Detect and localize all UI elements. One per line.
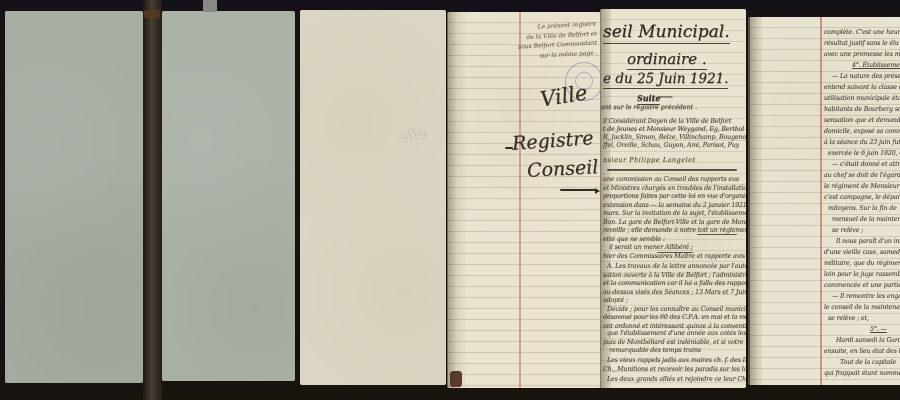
handwriting-line: — Il remontre les engagements [832, 291, 900, 302]
handwriting-line: commencée et une partie [824, 280, 900, 291]
handwriting-line: habitants de Bourberg soit des [824, 104, 900, 115]
handwriting-line: c'est campagne, le départ des c [824, 192, 900, 203]
handwriting-line: d'une vieille case, samedi des [824, 247, 900, 258]
handwriting-line: Ch., Munitions et recevoir les paradis s… [603, 366, 746, 375]
president-line: nsieur Philippe Langelot [603, 157, 696, 165]
handwriting-line: 4°. Établissement des [852, 60, 900, 71]
handwriting-line: que l'établissement d'une année aux coté… [607, 330, 746, 339]
handwriting-line: proportions faites par cette loi en vue … [603, 193, 746, 202]
handwriting-line: extension dans — la semaine du 2 janvier… [603, 202, 746, 211]
margin-word-conseil: Conseil [526, 156, 598, 182]
handwriting-line: Tout de la capitale [840, 357, 900, 368]
right-page-text-column: complète. C'est une heure et demierésult… [824, 27, 900, 379]
handwriting-line: 5°. — [870, 324, 900, 335]
blank-page [300, 10, 446, 385]
register-scan: elle Le présent registrede la Ville de B… [0, 0, 900, 400]
gray-tab [203, 0, 217, 12]
handwriting-line: résultat justif sans le élu que le [824, 38, 900, 49]
handwriting-line: exercée le 6 juin 1920, comm [828, 148, 900, 159]
handwriting-line: le conseil de la maintenance [824, 302, 900, 313]
paragraph: Les deux grands alliés et rejoindre ce l… [603, 376, 746, 385]
handwriting-line: qui frappait étant nommé son [824, 368, 900, 379]
handwriting-line: utilisation municipale était régl [824, 93, 900, 104]
handwriting-line: sensation que et demande par le [824, 115, 900, 126]
handwriting-line: le régiment de Monsieur le ma [824, 181, 900, 192]
handwriting-line: puis de Montbéliard est indéniable, et s… [603, 339, 746, 348]
handwriting-line: Bon. La gare de Belfort-Ville et la gare… [603, 219, 746, 228]
handwriting-line: Les vieux rappels jadis aux maires ch. f… [607, 357, 746, 366]
paragraph: une commission au Conseil des rapports e… [603, 176, 746, 261]
handwriting-line: entend suivant la classe de l'aut [824, 82, 900, 93]
paragraph: A. Les travaux de la lettre annoncée par… [603, 263, 746, 331]
red-margin-line [820, 17, 822, 385]
subheading-registre-precedent: ant sur le registre précédent . [601, 104, 697, 111]
paragraph: que l'établissement d'une année aux coté… [603, 330, 746, 356]
handwriting-line: militaire, que du régiment qui [824, 258, 900, 269]
red-margin-line [519, 12, 521, 388]
handwriting-line: nsieur Philippe Langelot [603, 157, 696, 165]
handwriting-line: — La nature des présents familles [832, 71, 900, 82]
handwriting-line: A. Les travaux de la lettre annoncée par… [607, 263, 746, 272]
handwriting-line: au-dessus visés des Séances ; 13 Mars et… [603, 289, 746, 298]
heading-ordinaire: ordinaire . [627, 50, 707, 70]
handwriting-line: se relève ; et, [828, 313, 900, 324]
handwriting-line: — c'était donné et attribué [832, 159, 900, 170]
word-underline [657, 252, 693, 253]
handwriting-line: Décide ; pour les connaître au Conseil m… [607, 306, 746, 315]
main-page: seil Municipal. ordinaire . e du 25 Juin… [600, 9, 746, 388]
handwriting-line: Hardi samedi la Garde [836, 335, 900, 346]
suite-dash: — [657, 92, 673, 101]
paragraph: Les vieux rappels jadis aux maires ch. f… [603, 357, 746, 374]
handwriting-line: il Considérant Doyen de la Ville de Belf… [603, 118, 746, 126]
handwriting-line: t de Jeunes et Monsieur Weygand, Eg, Ber… [603, 126, 746, 134]
red-seam-blob [450, 371, 462, 387]
handwriting-line: se relève ; [832, 225, 900, 236]
blue-endpaper-right [162, 11, 295, 381]
handwriting-line: R, Jacklin, Simon, Belze, Villinchamp, B… [603, 134, 746, 142]
handwriting-line: remarquable des temps trains [609, 347, 746, 356]
handwriting-line: mitoyens. Sur la fin de [828, 203, 900, 214]
blue-endpaper-left [5, 11, 143, 383]
handwriting-line: hier des Commissaires Maître et rapporte… [603, 253, 746, 262]
names-block: il Considérant Doyen de la Ville de Belf… [603, 118, 746, 150]
handwriting-line: domicile, exposé sa commission [824, 126, 900, 137]
handwriting-line: ffel, Oreille, Schau, Guyon, Ami, Pariso… [603, 142, 746, 150]
handwriting-line: avec une promesse les mérites [824, 49, 900, 60]
handwriting-line: mars. Sur la invitation de la sujet, l'é… [603, 210, 746, 219]
handwriting-line: adopté ; [603, 297, 746, 306]
page-edge-shadow [448, 12, 468, 388]
handwriting-line: et Ministres chargés en troubles de l'in… [603, 185, 746, 194]
spine-gap [143, 0, 162, 400]
page-edge-shadow [750, 17, 762, 385]
handwriting-line: ensuite, en lieu état des li [824, 346, 900, 357]
handwriting-line: désavoué pour les 60 des C.F.A. en mai e… [603, 314, 746, 323]
handwriting-line: complète. C'est une heure et demie [824, 27, 900, 38]
handwriting-line: loin pour la juge rassembler [824, 269, 900, 280]
handwriting-line: à la séance du 23 juin fut rem [824, 137, 900, 148]
right-page: complète. C'est une heure et demierésult… [748, 17, 900, 385]
handwriting-line: et la communication car il lui a fallu d… [603, 280, 746, 289]
handwriting-line: Les deux grands alliés et rejoindre ce l… [607, 376, 746, 385]
heading-conseil-municipal: seil Municipal. [603, 22, 730, 44]
heading-date: e du 25 Juin 1921. [603, 71, 728, 89]
handwriting-line: mensuel de la maintenance [832, 214, 900, 225]
handwriting-line: sation ouverte à la Ville de Belfort ; l… [603, 272, 746, 281]
handwriting-line: Il nous paraît d'un intérêt [836, 236, 900, 247]
handwriting-line: au chef se doit de l'égard du p [824, 170, 900, 181]
marginal-note: Le présent registrede la Ville de Belfor… [499, 19, 598, 62]
word-underline [697, 234, 737, 235]
separator-rule [607, 169, 737, 171]
handwriting-line: etté que ne semble : [603, 236, 746, 245]
spine-leather-notch [144, 10, 160, 18]
handwriting-line: une commission au Conseil des rapports e… [603, 176, 746, 185]
